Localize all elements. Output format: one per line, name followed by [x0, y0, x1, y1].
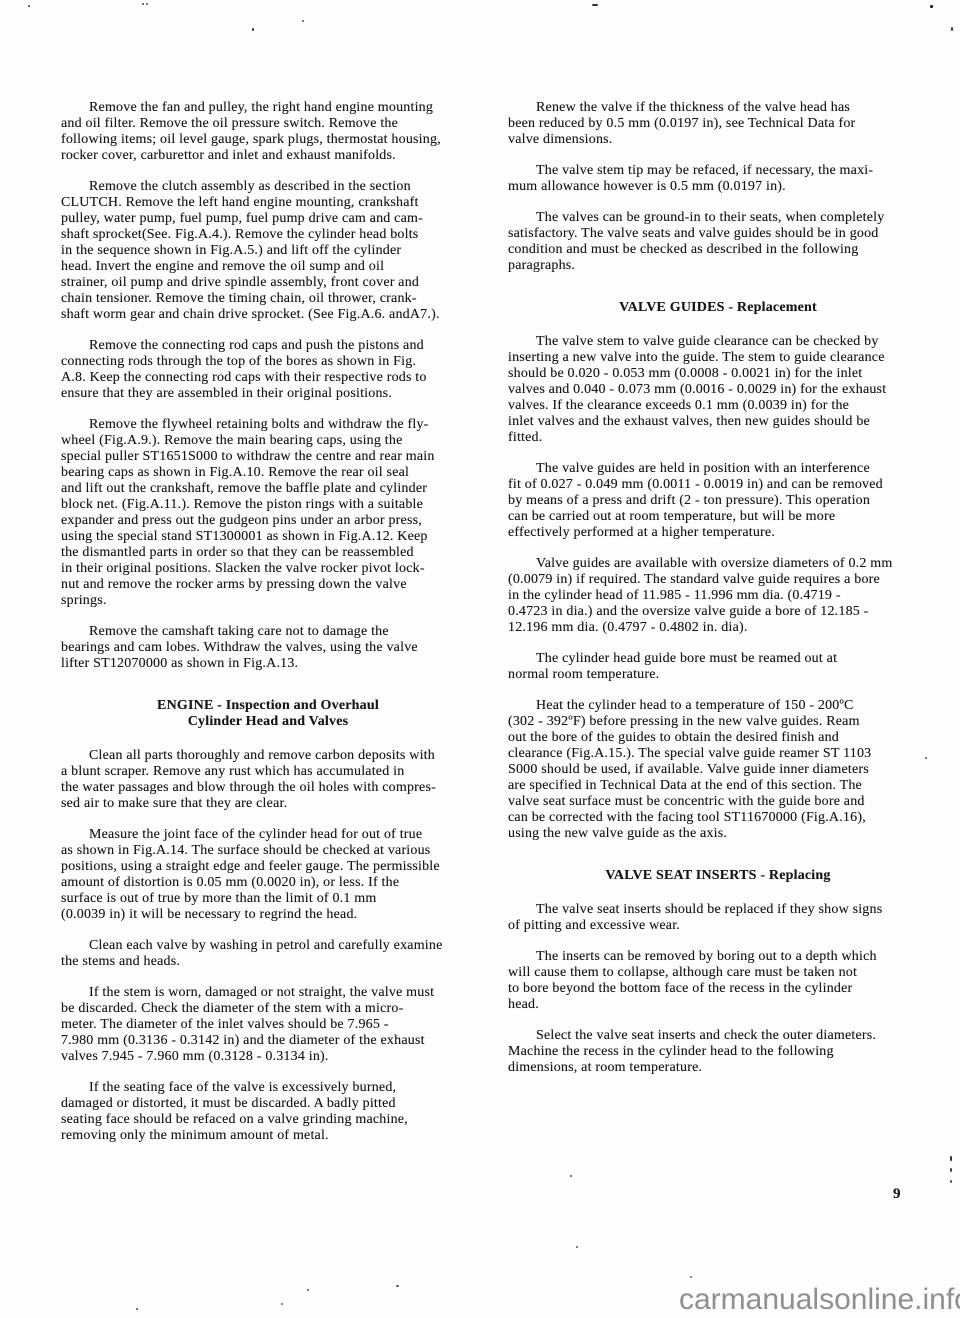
page-number: 9: [893, 1186, 901, 1203]
text-line: paragraphs.: [508, 258, 928, 274]
section-heading: VALVE SEAT INSERTS - Replacing: [508, 868, 928, 884]
text-line: The valves can be ground-in to their sea…: [508, 210, 928, 226]
text-line: The valve seat inserts should be replace…: [508, 902, 928, 918]
text-line: seating face should be refaced on a valv…: [61, 1112, 475, 1128]
paragraph: If the seating face of the valve is exce…: [61, 1080, 475, 1144]
scan-speck: [950, 1156, 952, 1161]
text-line: connecting rods through the top of the b…: [61, 354, 475, 370]
text-line: Cylinder Head and Valves: [61, 714, 475, 730]
text-line: 7.980 mm (0.3136 - 0.3142 in) and the di…: [61, 1033, 475, 1049]
text-line: Renew the valve if the thickness of the …: [508, 100, 928, 116]
text-line: (302 - 392ºF) before pressing in the new…: [508, 714, 928, 730]
text-line: inserting a new valve into the guide. Th…: [508, 350, 928, 366]
text-line: Measure the joint face of the cylinder h…: [61, 827, 475, 843]
right-column: Renew the valve if the thickness of the …: [508, 100, 928, 1091]
text-line: to bore beyond the bottom face of the re…: [508, 981, 928, 997]
scan-speck: [307, 1289, 309, 1291]
text-line: Remove the clutch assembly as described …: [61, 179, 475, 195]
text-line: The cylinder head guide bore must be rea…: [508, 651, 928, 667]
text-line: using the special stand ST1300001 as sho…: [61, 529, 475, 545]
paragraph: Clean each valve by washing in petrol an…: [61, 938, 475, 970]
scan-speck: [136, 1308, 138, 1310]
text-line: VALVE GUIDES - Replacement: [508, 300, 928, 316]
scan-speck: [252, 28, 254, 31]
text-line: are specified in Technical Data at the e…: [508, 778, 928, 794]
text-line: rocker cover, carburettor and inlet and …: [61, 148, 475, 164]
text-line: head.: [508, 997, 928, 1013]
paragraph: The valve stem tip may be refaced, if ne…: [508, 163, 928, 195]
text-line: removing only the minimum amount of meta…: [61, 1128, 475, 1144]
text-line: Heat the cylinder head to a temperature …: [508, 698, 928, 714]
text-line: in their original positions. Slacken the…: [61, 561, 475, 577]
text-line: head. Invert the engine and remove the o…: [61, 259, 475, 275]
text-line: the water passages and blow through the …: [61, 780, 475, 796]
text-line: pulley, water pump, fuel pump, fuel pump…: [61, 211, 475, 227]
text-line: fitted.: [508, 430, 928, 446]
paragraph: Clean all parts thoroughly and remove ca…: [61, 748, 475, 812]
text-line: the dismantled parts in order so that th…: [61, 545, 475, 561]
text-line: S000 should be used, if available. Valve…: [508, 762, 928, 778]
text-line: out the bore of the guides to obtain the…: [508, 730, 928, 746]
scan-speck: [925, 757, 927, 759]
scan-speck: [950, 1168, 952, 1172]
text-line: dimensions, at room temperature.: [508, 1060, 928, 1076]
text-line: shaft worm gear and chain drive sprocket…: [61, 307, 475, 323]
text-line: as shown in Fig.A.14. The surface should…: [61, 843, 475, 859]
text-line: clearance (Fig.A.15.). The special valve…: [508, 746, 928, 762]
scan-speck: [690, 1276, 692, 1278]
text-line: A.8. Keep the connecting rod caps with t…: [61, 370, 475, 386]
text-line: special puller ST1651S000 to withdraw th…: [61, 449, 475, 465]
scan-speck: [576, 1246, 578, 1248]
text-line: Remove the camshaft taking care not to d…: [61, 624, 475, 640]
text-line: valves 7.945 - 7.960 mm (0.3128 - 0.3134…: [61, 1049, 475, 1065]
text-line: valves. If the clearance exceeds 0.1 mm …: [508, 398, 928, 414]
text-line: strainer, oil pump and drive spindle ass…: [61, 275, 475, 291]
text-line: and lift out the crankshaft, remove the …: [61, 481, 475, 497]
scan-speck: [951, 27, 953, 31]
text-line: by means of a press and drift (2 - ton p…: [508, 493, 928, 509]
text-line: should be 0.020 - 0.053 mm (0.0008 - 0.0…: [508, 366, 928, 382]
scan-speck: [592, 4, 598, 6]
paragraph: The cylinder head guide bore must be rea…: [508, 651, 928, 683]
text-line: ensure that they are assembled in their …: [61, 386, 475, 402]
scan-speck: [570, 1175, 572, 1177]
paragraph: If the stem is worn, damaged or not stra…: [61, 985, 475, 1065]
paragraph: Remove the camshaft taking care not to d…: [61, 624, 475, 672]
text-line: springs.: [61, 593, 475, 609]
text-line: satisfactory. The valve seats and valve …: [508, 226, 928, 242]
paragraph: Remove the connecting rod caps and push …: [61, 338, 475, 402]
text-line: The valve stem tip may be refaced, if ne…: [508, 163, 928, 179]
text-line: Remove the flywheel retaining bolts and …: [61, 417, 475, 433]
text-line: Machine the recess in the cylinder head …: [508, 1044, 928, 1060]
text-line: following items; oil level gauge, spark …: [61, 132, 475, 148]
scan-speck: [146, 3, 148, 5]
text-line: can be carried out at room temperature, …: [508, 509, 928, 525]
scan-speck: [281, 1303, 283, 1305]
text-line: The valve stem to valve guide clearance …: [508, 334, 928, 350]
text-line: normal room temperature.: [508, 667, 928, 683]
text-line: Select the valve seat inserts and check …: [508, 1028, 928, 1044]
scan-speck: [396, 1285, 399, 1287]
text-line: surface is out of true by more than the …: [61, 891, 475, 907]
section-heading: VALVE GUIDES - Replacement: [508, 300, 928, 316]
text-line: condition and must be checked as describ…: [508, 242, 928, 258]
text-line: If the seating face of the valve is exce…: [61, 1080, 475, 1096]
text-line: effectively performed at a higher temper…: [508, 525, 928, 541]
scan-speck: [950, 1180, 952, 1183]
paragraph: Remove the fan and pulley, the right han…: [61, 100, 475, 164]
text-line: and oil filter. Remove the oil pressure …: [61, 116, 475, 132]
text-line: will cause them to collapse, although ca…: [508, 965, 928, 981]
text-line: fit of 0.027 - 0.049 mm (0.0011 - 0.0019…: [508, 477, 928, 493]
text-line: using the new valve guide as the axis.: [508, 826, 928, 842]
text-line: sed air to make sure that they are clear…: [61, 796, 475, 812]
text-line: Clean each valve by washing in petrol an…: [61, 938, 475, 954]
scan-speck: [930, 5, 933, 8]
text-line: of pitting and excessive wear.: [508, 918, 928, 934]
paragraph: The valve seat inserts should be replace…: [508, 902, 928, 934]
paragraph: The inserts can be removed by boring out…: [508, 949, 928, 1013]
watermark-text: carmanualsonline.info: [679, 1284, 960, 1316]
text-line: amount of distortion is 0.05 mm (0.0020 …: [61, 875, 475, 891]
text-line: If the stem is worn, damaged or not stra…: [61, 985, 475, 1001]
text-line: valve seat surface must be concentric wi…: [508, 794, 928, 810]
text-line: damaged or distorted, it must be discard…: [61, 1096, 475, 1112]
text-line: 0.4723 in dia.) and the oversize valve g…: [508, 604, 928, 620]
text-line: The valve guides are held in position wi…: [508, 461, 928, 477]
text-line: a blunt scraper. Remove any rust which h…: [61, 764, 475, 780]
text-line: valves and 0.040 - 0.073 mm (0.0016 - 0.…: [508, 382, 928, 398]
section-heading: ENGINE - Inspection and OverhaulCylinder…: [61, 698, 475, 730]
paragraph: Heat the cylinder head to a temperature …: [508, 698, 928, 842]
text-line: chain tensioner. Remove the timing chain…: [61, 291, 475, 307]
text-line: (0.0039 in) it will be necessary to regr…: [61, 907, 475, 923]
text-line: can be corrected with the facing tool ST…: [508, 810, 928, 826]
text-line: Remove the fan and pulley, the right han…: [61, 100, 475, 116]
paragraph: The valve guides are held in position wi…: [508, 461, 928, 541]
text-line: mum allowance however is 0.5 mm (0.0197 …: [508, 179, 928, 195]
paragraph: Remove the flywheel retaining bolts and …: [61, 417, 475, 609]
text-line: in the sequence shown in Fig.A.5.) and l…: [61, 243, 475, 259]
scan-speck: [302, 20, 304, 22]
text-line: be discarded. Check the diameter of the …: [61, 1001, 475, 1017]
text-line: CLUTCH. Remove the left hand engine moun…: [61, 195, 475, 211]
text-line: Clean all parts thoroughly and remove ca…: [61, 748, 475, 764]
text-line: Remove the connecting rod caps and push …: [61, 338, 475, 354]
text-line: meter. The diameter of the inlet valves …: [61, 1017, 475, 1033]
text-line: expander and press out the gudgeon pins …: [61, 513, 475, 529]
paragraph: Renew the valve if the thickness of the …: [508, 100, 928, 148]
left-column: Remove the fan and pulley, the right han…: [61, 100, 475, 1159]
paragraph: The valves can be ground-in to their sea…: [508, 210, 928, 274]
scan-speck: [142, 3, 144, 5]
paragraph: Select the valve seat inserts and check …: [508, 1028, 928, 1076]
text-line: been reduced by 0.5 mm (0.0197 in), see …: [508, 116, 928, 132]
text-line: lifter ST12070000 as shown in Fig.A.13.: [61, 656, 475, 672]
text-line: bearings and cam lobes. Withdraw the val…: [61, 640, 475, 656]
text-line: (0.0079 in) if required. The standard va…: [508, 572, 928, 588]
text-line: The inserts can be removed by boring out…: [508, 949, 928, 965]
text-line: bearing caps as shown in Fig.A.10. Remov…: [61, 465, 475, 481]
text-line: wheel (Fig.A.9.). Remove the main bearin…: [61, 433, 475, 449]
text-line: positions, using a straight edge and fee…: [61, 859, 475, 875]
paragraph: Remove the clutch assembly as described …: [61, 179, 475, 323]
text-line: nut and remove the rocker arms by pressi…: [61, 577, 475, 593]
text-line: block net. (Fig.A.11.). Remove the pisto…: [61, 497, 475, 513]
text-line: valve dimensions.: [508, 132, 928, 148]
paragraph: The valve stem to valve guide clearance …: [508, 334, 928, 446]
manual-page: Remove the fan and pulley, the right han…: [0, 0, 960, 1318]
text-line: shaft sprocket(See. Fig.A.4.). Remove th…: [61, 227, 475, 243]
paragraph: Valve guides are available with oversize…: [508, 556, 928, 636]
text-line: Valve guides are available with oversize…: [508, 556, 928, 572]
text-line: the stems and heads.: [61, 954, 475, 970]
text-line: VALVE SEAT INSERTS - Replacing: [508, 868, 928, 884]
scan-speck: [28, 5, 30, 7]
text-line: inlet valves and the exhaust valves, the…: [508, 414, 928, 430]
text-line: ENGINE - Inspection and Overhaul: [61, 698, 475, 714]
paragraph: Measure the joint face of the cylinder h…: [61, 827, 475, 923]
text-line: 12.196 mm dia. (0.4797 - 0.4802 in. dia)…: [508, 620, 928, 636]
text-line: in the cylinder head of 11.985 - 11.996 …: [508, 588, 928, 604]
